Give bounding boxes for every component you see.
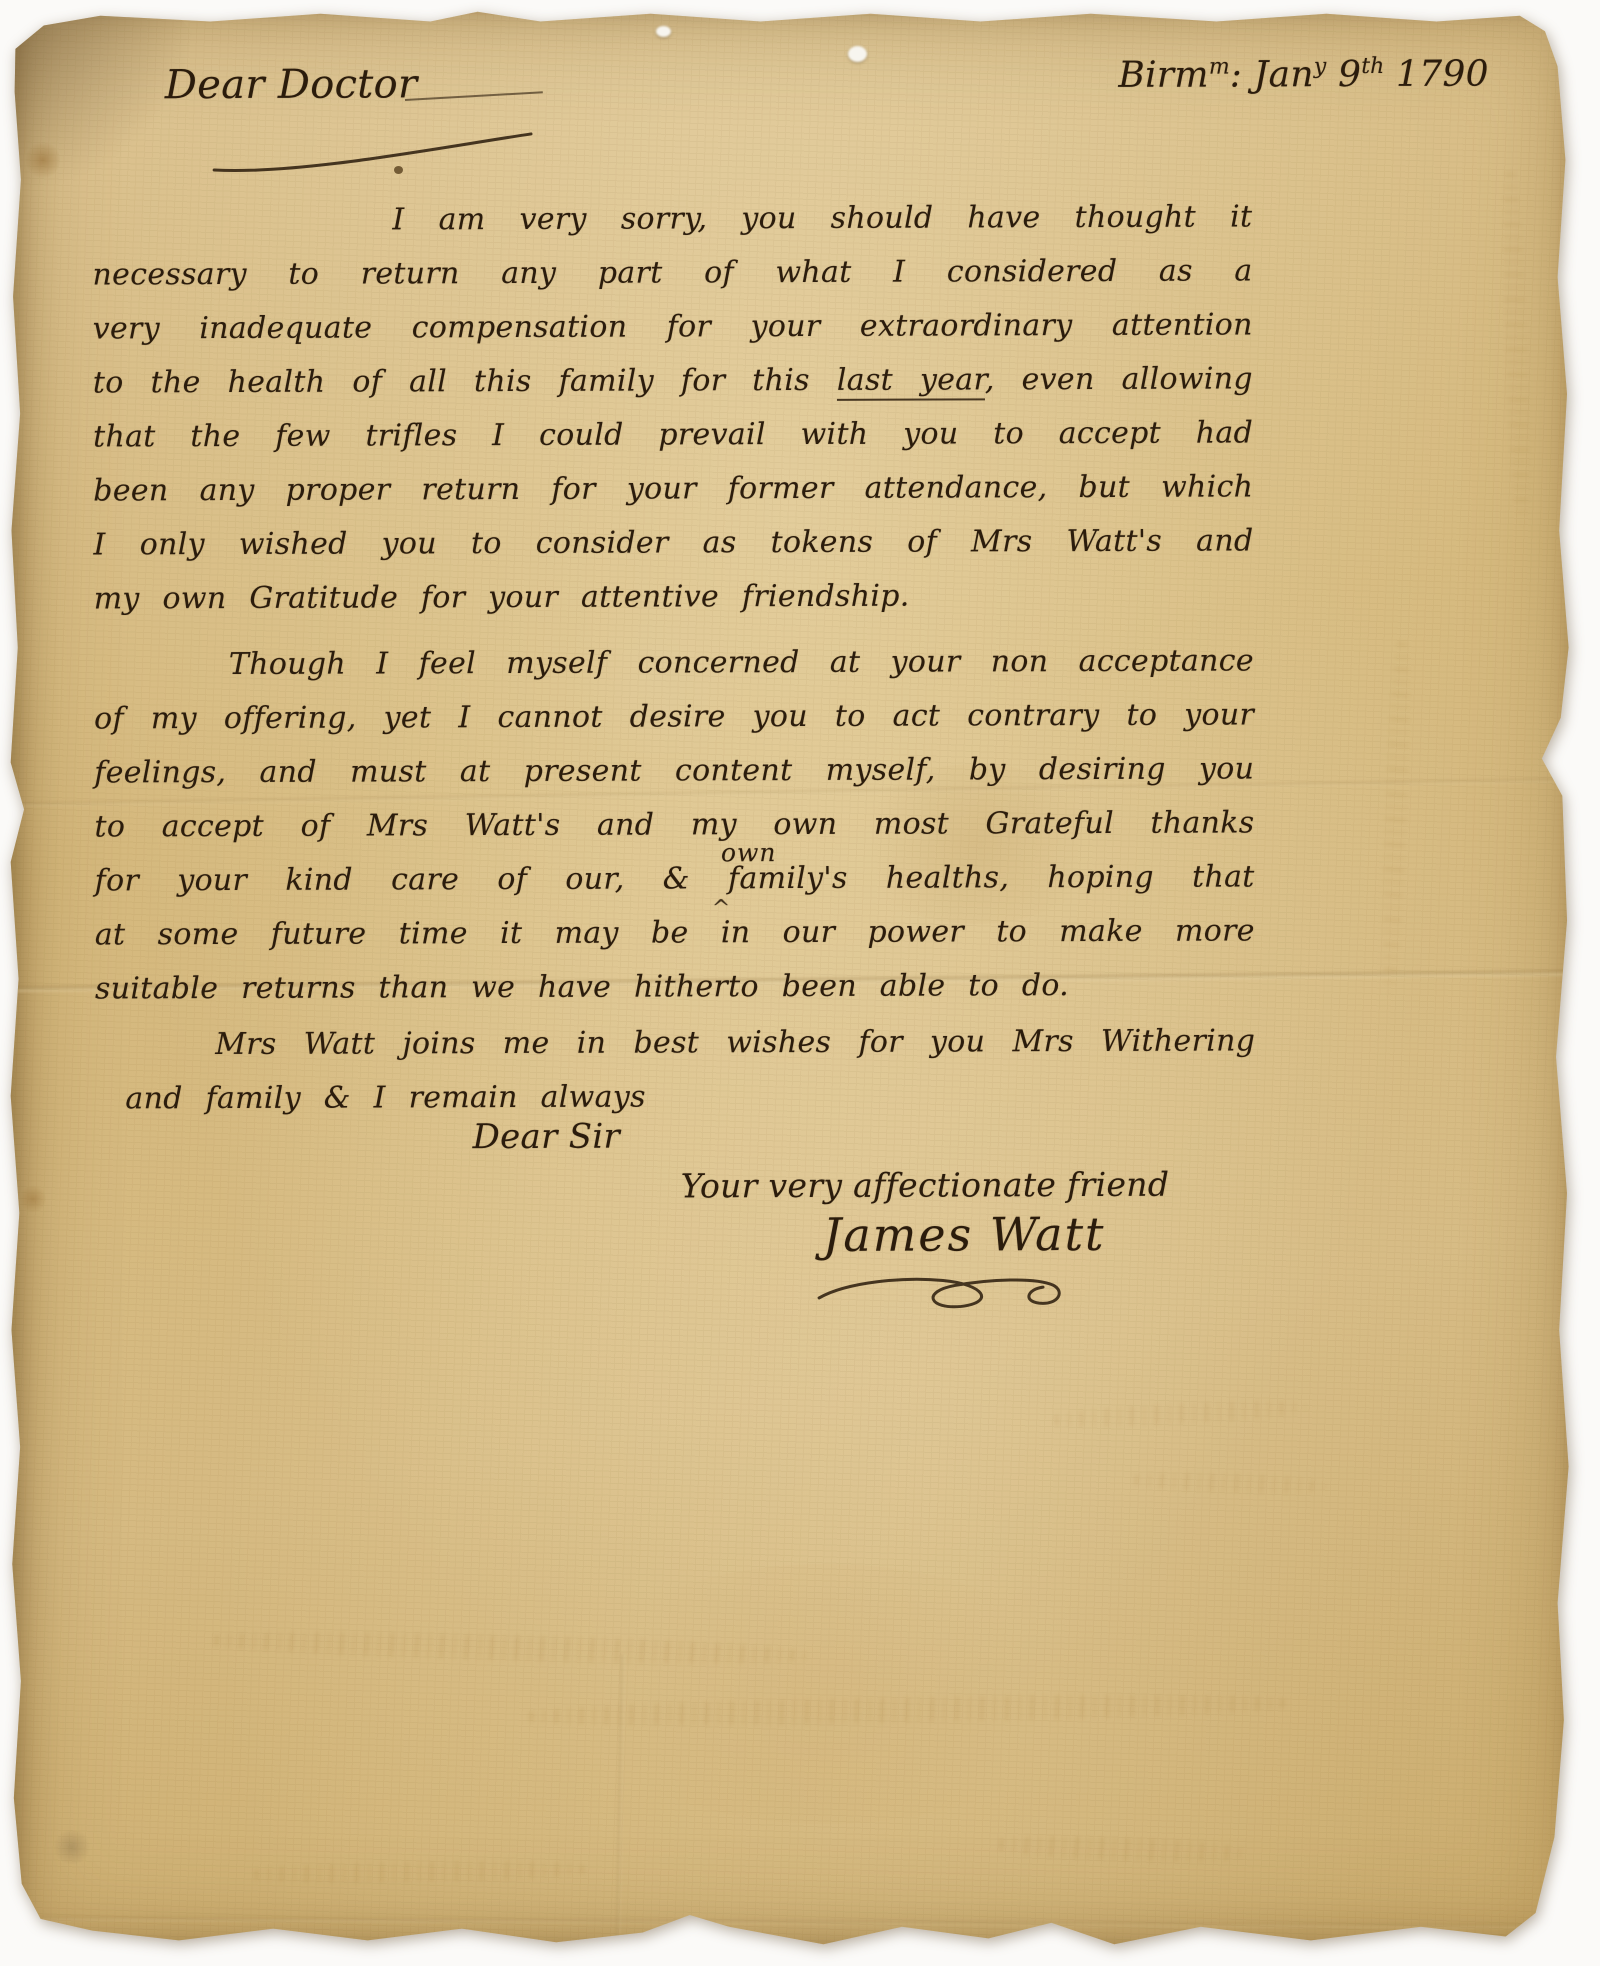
letter-line: suitable returns than we have hitherto b… bbox=[95, 958, 1255, 1016]
letter-line: that the few trifles I could prevail wit… bbox=[93, 406, 1253, 464]
underlined-phrase: last year bbox=[837, 362, 985, 401]
letter-line: to the health of all this family for thi… bbox=[93, 352, 1253, 410]
salutation: Dear Doctor bbox=[165, 61, 418, 108]
pen-stroke bbox=[405, 91, 543, 101]
line-fragment: for your kind care of our, & family's he… bbox=[95, 859, 1255, 898]
dateline-month-sup: y bbox=[1314, 54, 1327, 79]
line-fragment: to the health of all this family for thi… bbox=[93, 363, 837, 401]
letter-line: for your kind care of our, & family's he… bbox=[95, 850, 1255, 908]
paper-hole bbox=[656, 26, 671, 37]
dateline-day-sup: th bbox=[1361, 54, 1384, 79]
letter-line: very inadequate compensation for your ex… bbox=[93, 298, 1253, 356]
scanned-letter: Dear Doctor Birmm: Jany 9th 1790 I am ve… bbox=[0, 0, 1600, 1966]
letter-line: of my offering, yet I cannot desire you … bbox=[94, 688, 1254, 746]
letter-line: and family & I remain always bbox=[95, 1068, 1255, 1126]
letter-line: at some future time it may be in our pow… bbox=[95, 904, 1255, 962]
dateline-month: : Jan bbox=[1230, 54, 1314, 95]
paragraph-3: Mrs Watt joins me in best wishes for you… bbox=[95, 1014, 1255, 1126]
letter-line: Though I feel myself concerned at your n… bbox=[94, 634, 1254, 692]
signature: James Watt bbox=[823, 1207, 1106, 1262]
line-fragment: , even allowing bbox=[985, 361, 1253, 397]
dateline: Birmm: Jany 9th 1790 bbox=[1007, 54, 1489, 97]
letter-line: Mrs Watt joins me in best wishes for you… bbox=[95, 1014, 1255, 1072]
paragraph-2: Though I feel myself concerned at your n… bbox=[94, 634, 1255, 1016]
letter-line: feelings, and must at present content my… bbox=[94, 742, 1254, 800]
salutation-underline bbox=[209, 127, 539, 176]
valediction: Your very affectionate friend bbox=[681, 1165, 1170, 1206]
dateline-place-sup: m bbox=[1209, 54, 1230, 79]
letter-line: I only wished you to consider as tokens … bbox=[93, 514, 1253, 572]
signature-flourish bbox=[813, 1267, 1063, 1314]
letter-line: been any proper return for your former a… bbox=[93, 460, 1253, 518]
dateline-place: Birm bbox=[1118, 55, 1209, 96]
dateline-year: 1790 bbox=[1384, 54, 1489, 95]
paper-hole bbox=[848, 46, 867, 62]
letter-line: to accept of Mrs Watt's and my own most … bbox=[94, 796, 1254, 854]
closing-address: Dear Sir bbox=[472, 1117, 620, 1158]
inserted-word: own bbox=[721, 826, 777, 880]
letter-line: necessary to return any part of what I c… bbox=[92, 244, 1252, 302]
letter-line: my own Gratitude for your attentive frie… bbox=[94, 568, 1254, 626]
letter-line: I am very sorry, you should have thought… bbox=[92, 190, 1252, 248]
dateline-day: 9 bbox=[1326, 54, 1361, 95]
paragraph-1: I am very sorry, you should have thought… bbox=[92, 190, 1254, 626]
handwriting-layer: Dear Doctor Birmm: Jany 9th 1790 I am ve… bbox=[0, 0, 1600, 1966]
